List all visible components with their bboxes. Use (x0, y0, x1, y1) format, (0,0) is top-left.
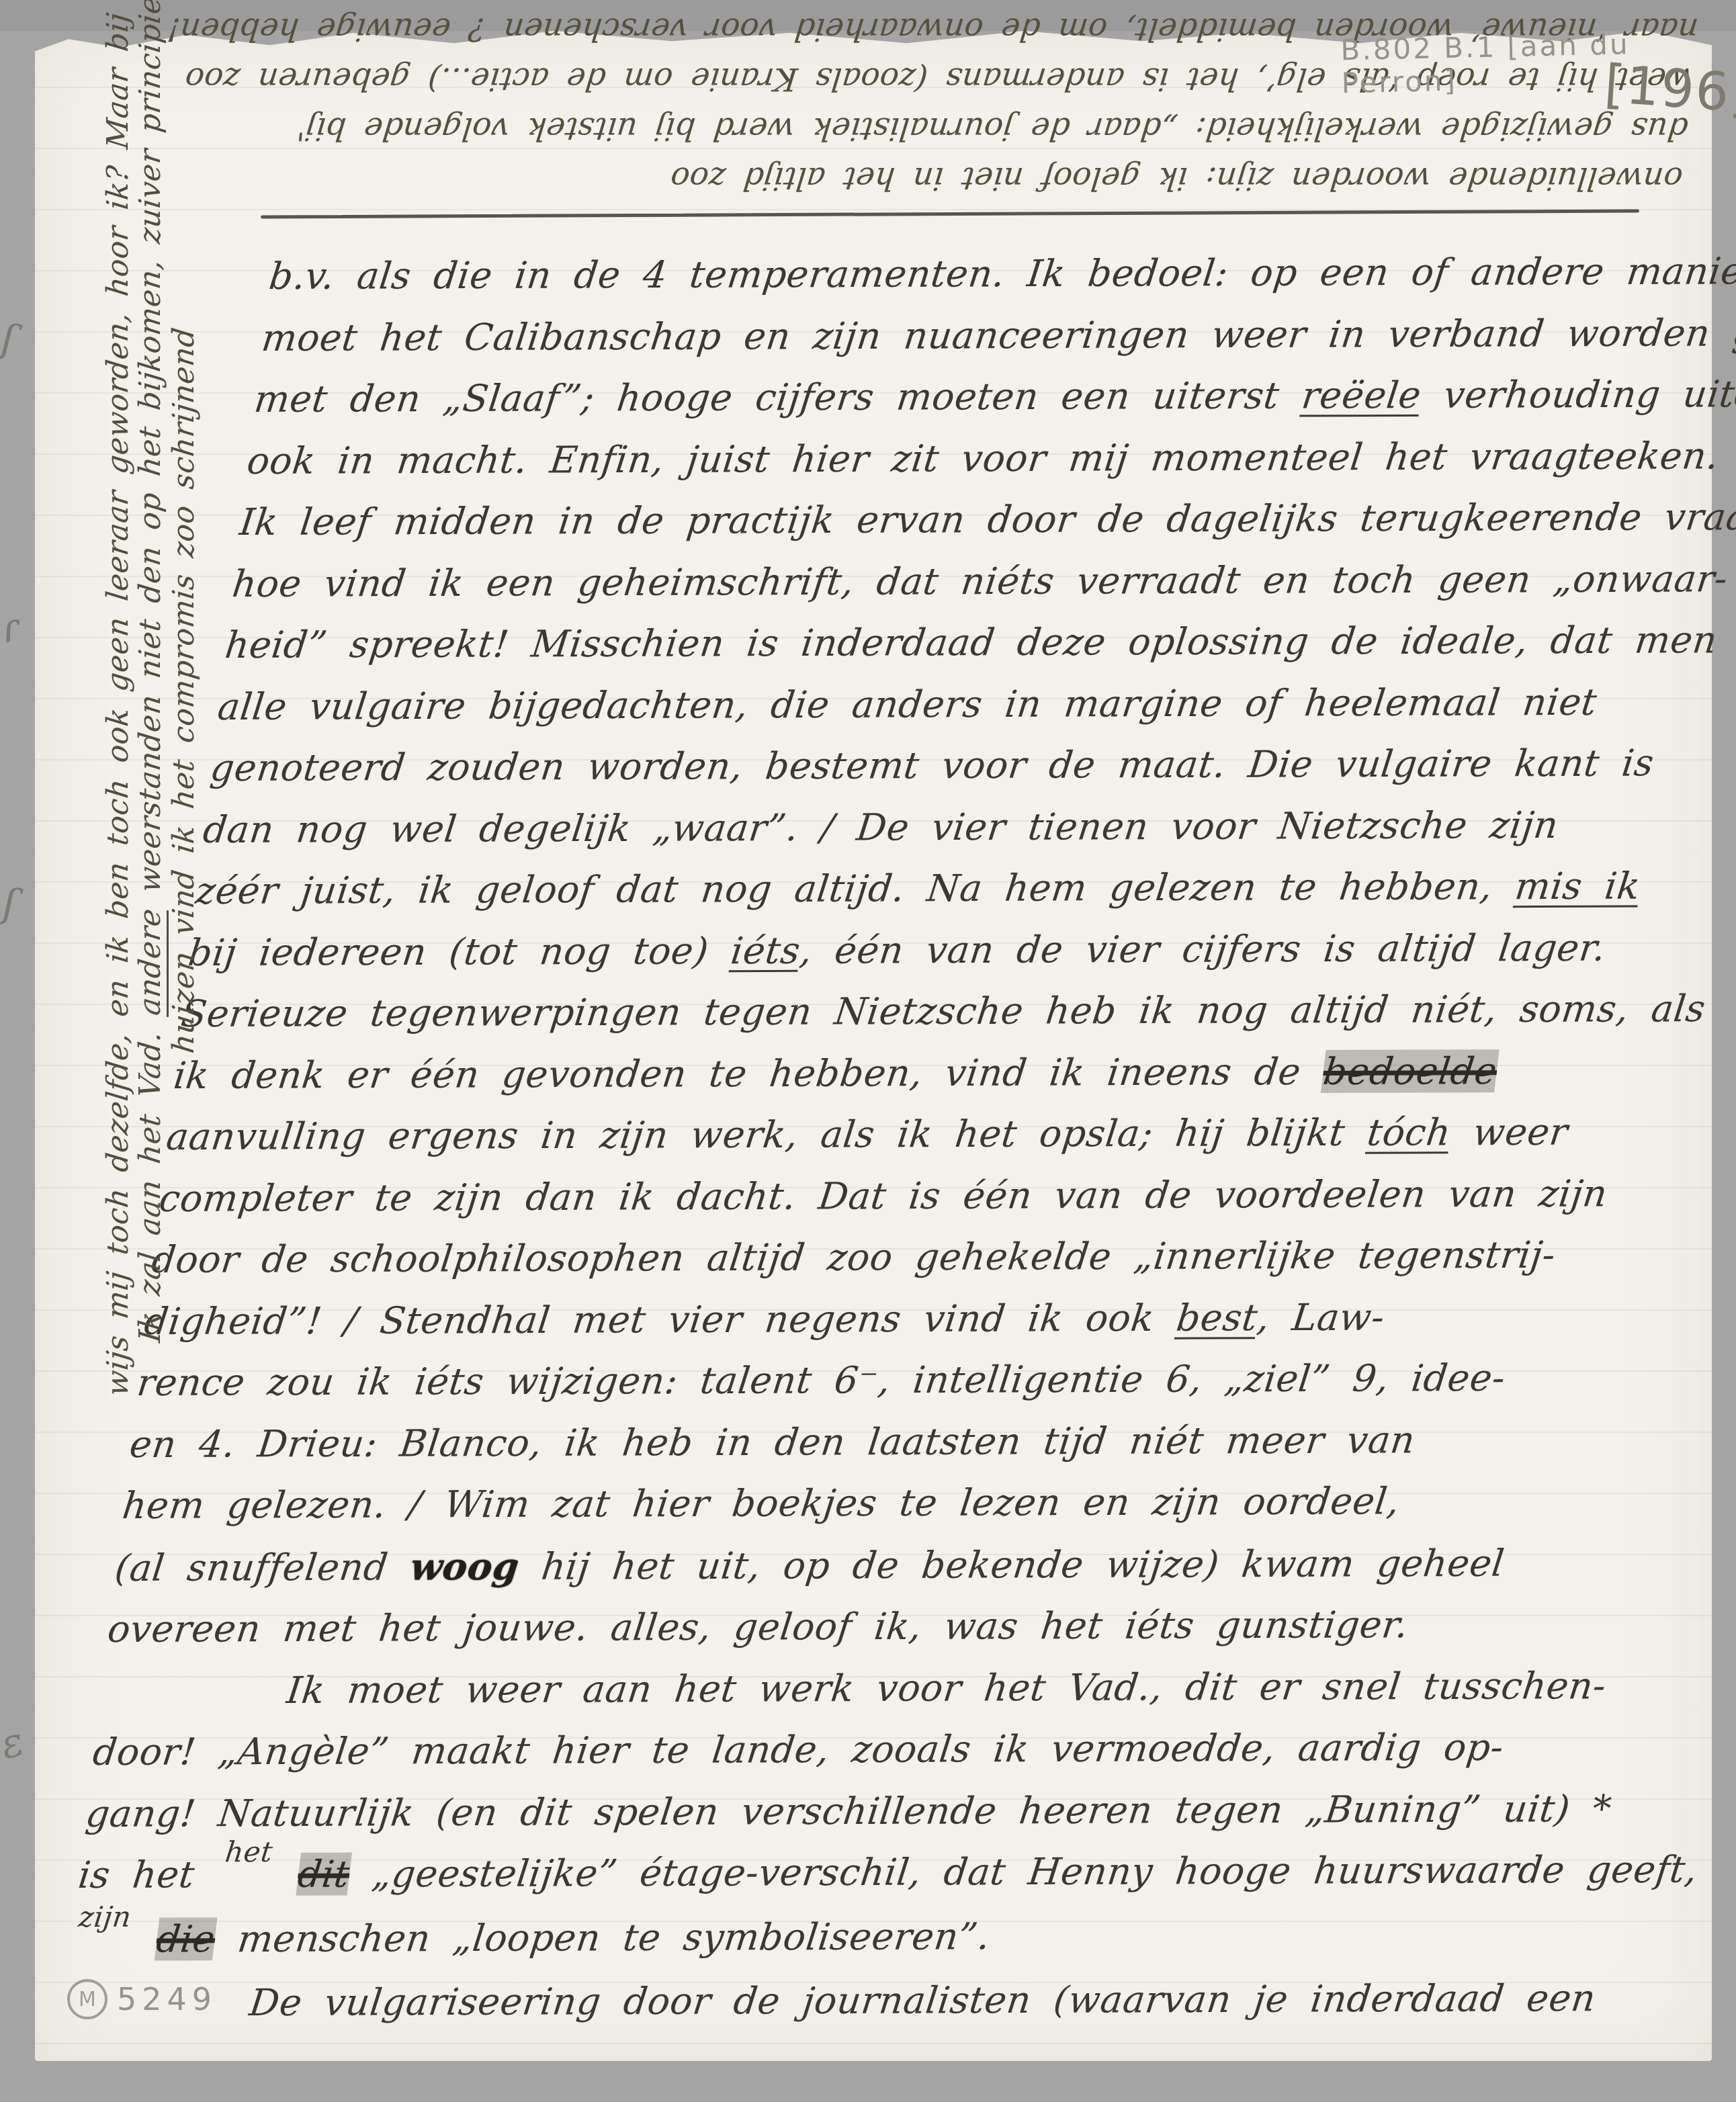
handwritten-line: b.v. als die in de 4 temperamenten. Ik b… (265, 240, 1736, 308)
scanned-letter-page: { "colors":{ "mat":"#a4a4a4","paper":"#f… (0, 0, 1736, 2102)
handwritten-line: zijn die menschen „loopen te symboliseer… (67, 1903, 1620, 1973)
ink-bleed-mark: ɾ (0, 603, 23, 652)
inverted-text-line: onwelluidende woorden zijn: ik geloof ni… (54, 153, 1685, 203)
margin-note-line-outer: wijs mij toch dezelfde, en ik ben toch o… (101, 11, 135, 1397)
handwritten-line: De vulgariseering door de journalisten (… (60, 1968, 1613, 2035)
handwritten-line: moet het Calibanschap en zijn nuanceerin… (258, 302, 1736, 369)
handwritten-line: door de schoolphilosophen altijd zoo geh… (148, 1224, 1702, 1291)
handwritten-line: (al snuffelend woog hij het uit, op de b… (112, 1531, 1665, 1599)
ink-bleed-mark: ʃ (0, 879, 19, 928)
handwritten-line: digheid”! / Stendhal met vier negens vin… (141, 1285, 1694, 1352)
handwritten-line: ik denk er één gevonden te hebben, vind … (171, 1039, 1724, 1106)
handwritten-line: door! „Angèle” maakt hier te lande, zooa… (89, 1716, 1643, 1784)
handwritten-line: completer te zijn dan ik dacht. Dat is é… (156, 1162, 1709, 1229)
handwritten-line: ook in macht. Enfin, juist hier zit voor… (244, 425, 1736, 492)
handwritten-line: zéér juist, ik geloof dat nog altijd. Na… (192, 855, 1736, 922)
handwritten-line: hoe vind ik een geheimschrift, dat niéts… (229, 548, 1736, 615)
stamp-emblem-icon: M (67, 1979, 107, 2019)
handwritten-line: en 4. Drieu: Blanco, ik heb in den laats… (126, 1408, 1680, 1475)
handwritten-line: Serieuze tegenwerpingen tegen Nietzsche … (177, 978, 1731, 1045)
handwritten-line: hem gelezen. / Wim zat hier boekjes te l… (119, 1470, 1672, 1537)
stamp-number: 5249 (117, 1981, 217, 2017)
handwritten-line: is het het dit „geestelijke” étage-versc… (75, 1839, 1628, 1909)
handwritten-line: alle vulgaire bijgedachten, die anders i… (214, 670, 1736, 738)
margin-note-line-middle: Ik zal aan het Vad. andere weerstanden n… (133, 0, 167, 1344)
handwritten-line: gang! Natuurlijk (en dit spelen verschil… (82, 1778, 1635, 1845)
folio-number: [196] (1602, 54, 1736, 124)
letter-body: b.v. als die in de 4 temperamenten. Ik b… (60, 240, 1736, 2035)
ink-bleed-mark: ɛ (0, 1718, 28, 1769)
ink-bleed-mark: ʃ (0, 315, 18, 363)
margin-note-line-inner: huizen vind ik het compromis zoo schrijn… (167, 326, 201, 1055)
handwritten-line: aanvulling ergens in zijn werk, als ik h… (163, 1101, 1717, 1168)
collection-stamp: M 5249 (67, 1979, 217, 2019)
handwritten-line: bij iedereen (tot nog toe) iéts, één van… (185, 916, 1736, 983)
handwritten-line: heid” spreekt! Misschien is inderdaad de… (222, 609, 1736, 676)
handwritten-line: Ik leef midden in de practijk ervan door… (236, 486, 1736, 554)
handwritten-line: rence zou ik iéts wijzigen: talent 6⁻, i… (134, 1347, 1687, 1414)
handwritten-line: Ik moet weer aan het werk voor het Vad.,… (97, 1655, 1650, 1722)
handwritten-line: overeen met het jouwe. alles, geloof ik,… (104, 1593, 1657, 1661)
handwritten-line: dan nog wel degelijk „waar”. / De vier t… (200, 793, 1736, 861)
handwritten-line: genoteerd zouden worden, bestemt voor de… (207, 732, 1736, 799)
inverted-text-line: dus gewijzigde werkelijkheid: „daar de j… (59, 103, 1690, 153)
handwritten-line: met den „Slaaf”; hooge cijfers moeten ee… (251, 363, 1736, 431)
